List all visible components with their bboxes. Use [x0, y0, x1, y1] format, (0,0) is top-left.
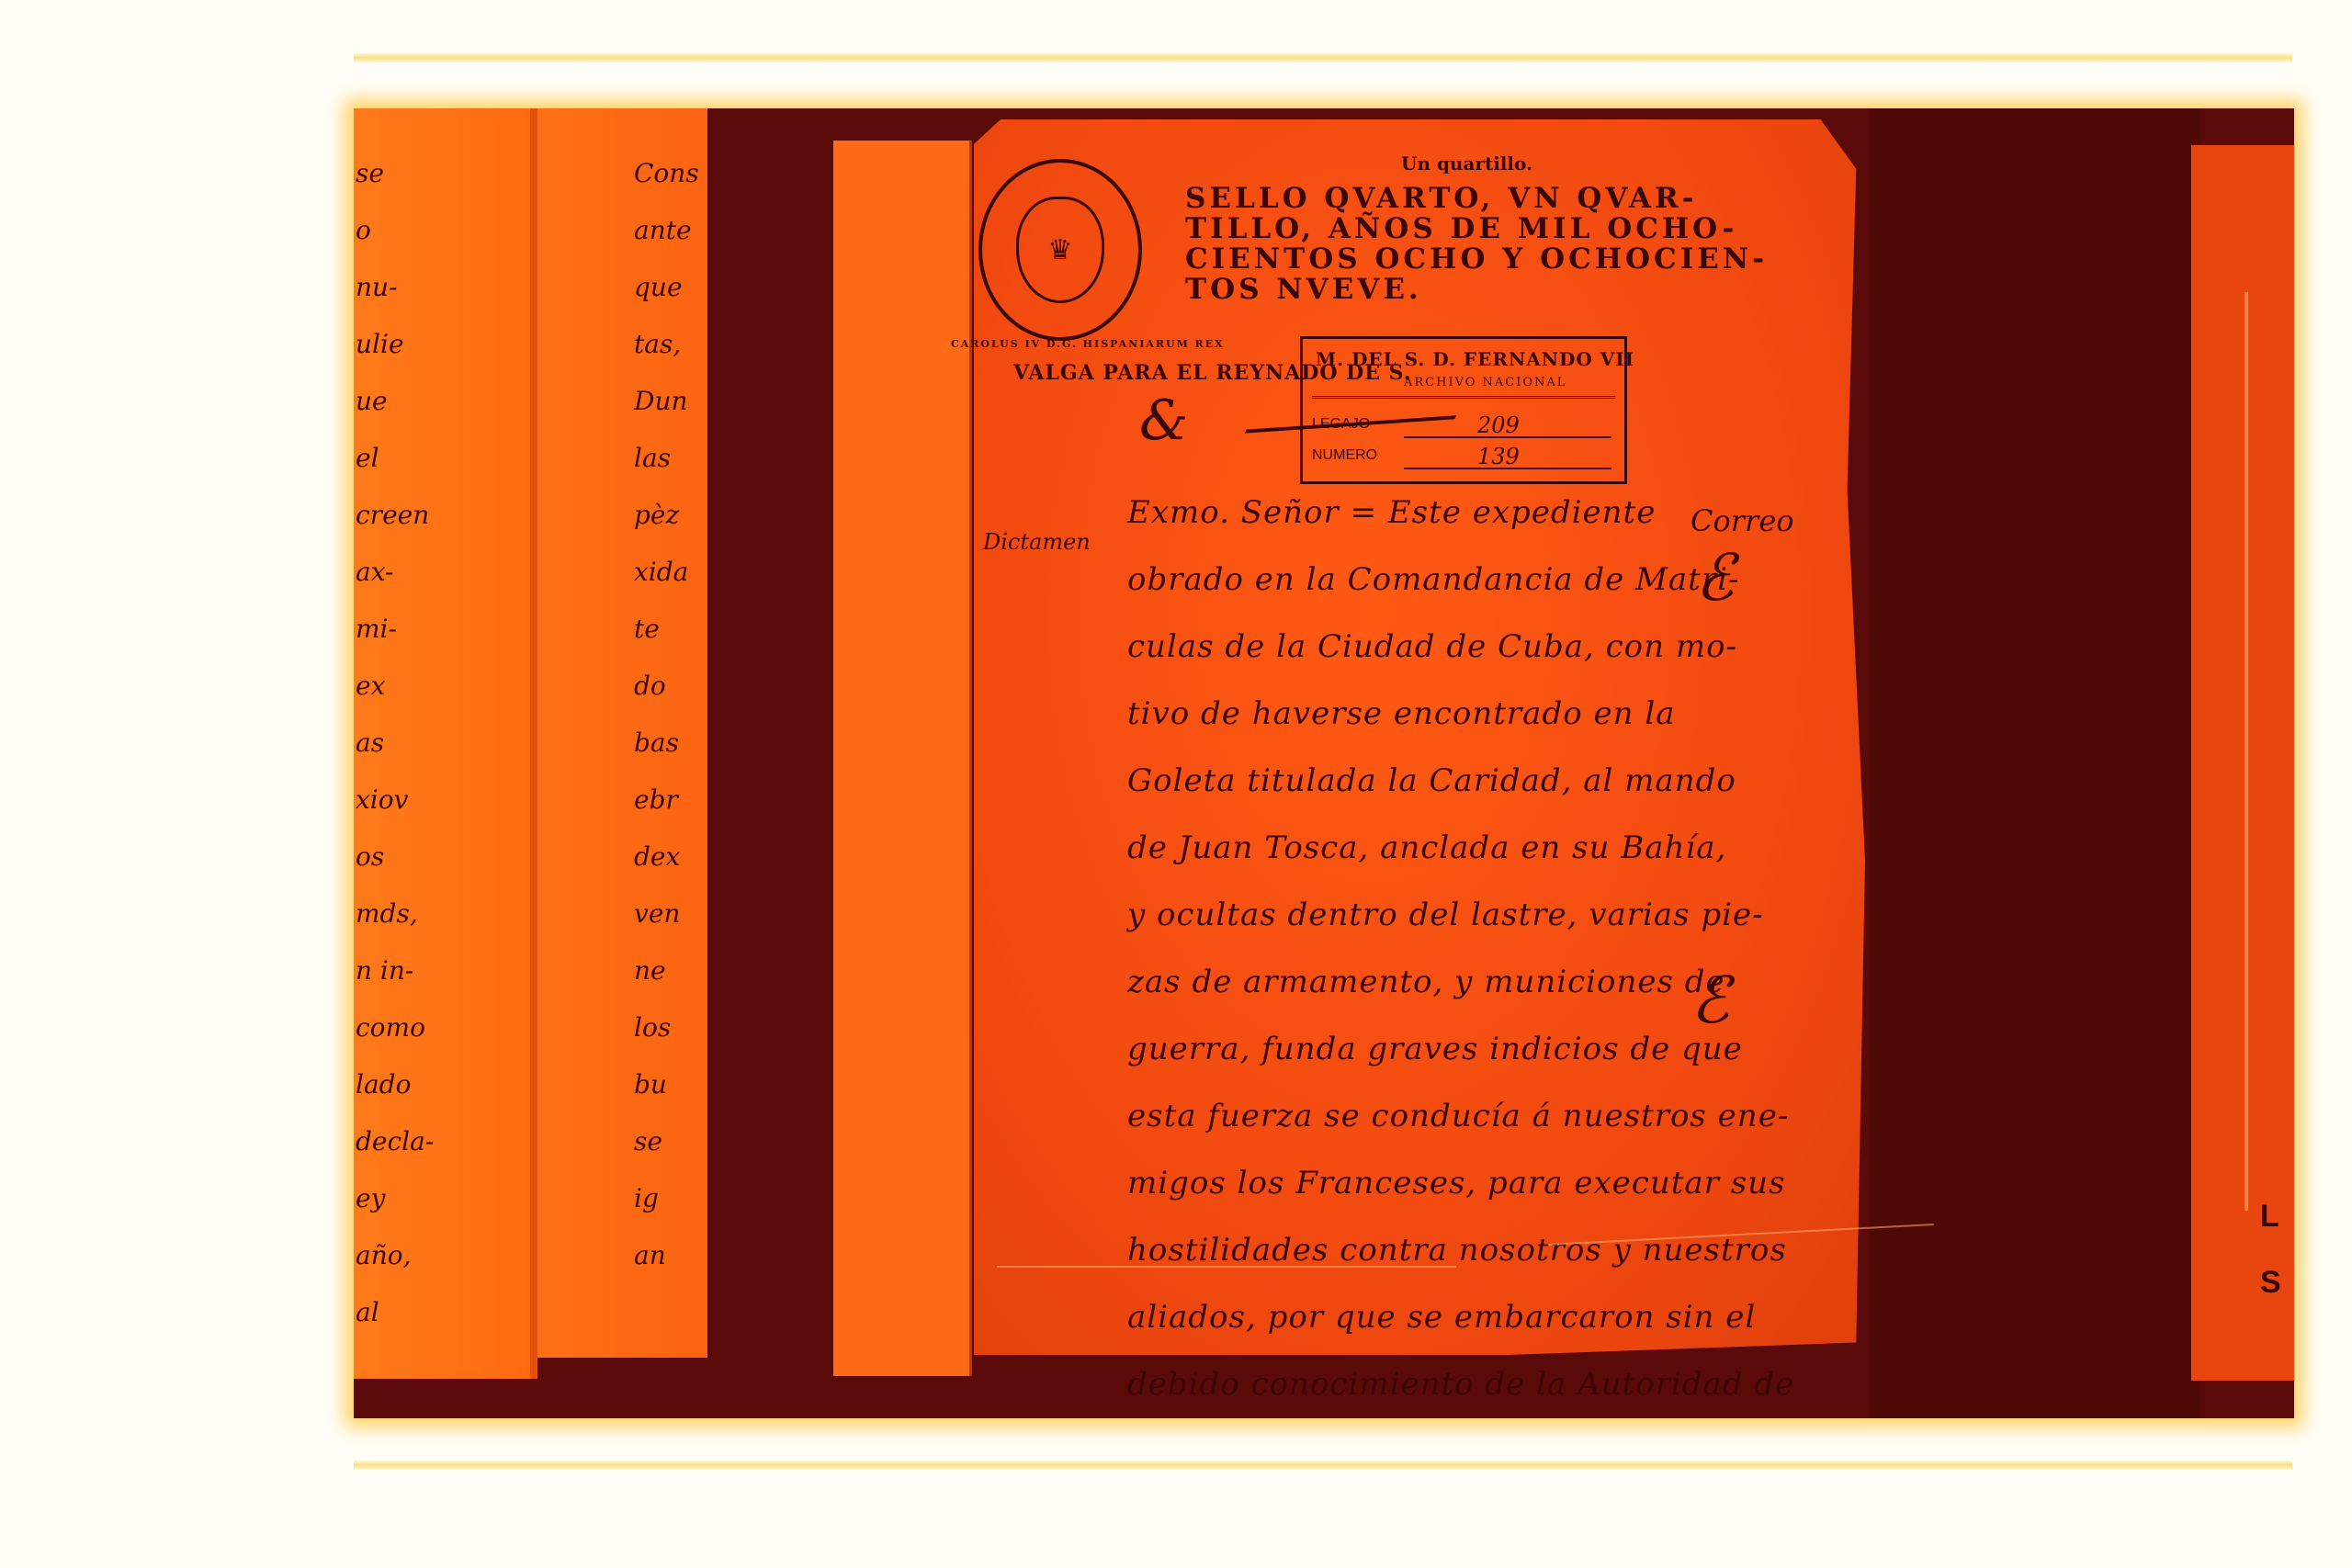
manuscript-body: Exmo. Señor = Este expediente obrado en …	[1022, 494, 1830, 1433]
body-line: aliados, por que se embarcaron sin el	[1127, 1299, 1830, 1366]
body-line: migos los Franceses, para executar sus	[1127, 1165, 1830, 1232]
numero-value: 139	[1477, 444, 1520, 469]
body-line: tivo de haverse encontrado en la	[1127, 695, 1830, 762]
denomination-label: Un quartillo.	[1401, 152, 1532, 175]
royal-seal-stamp: ♛	[978, 159, 1142, 341]
body-line: de Juan Tosca, anclada en su Bahía,	[1127, 829, 1830, 897]
right-page-crease	[2245, 292, 2248, 1211]
stamp-paper-header: SELLO QVARTO, VN QVAR- TILLO, AÑOS DE MI…	[1185, 184, 1768, 305]
seal-legend: CAROLUS IV D.G. HISPANIARUM REX	[951, 338, 1225, 350]
rubric-flourish: &	[1139, 389, 1188, 453]
body-line: guerra, funda graves indicios de que	[1127, 1031, 1830, 1098]
film-scratch	[997, 1266, 1456, 1268]
film-frame-bottom-line	[354, 1461, 2292, 1470]
paper-tab-strip	[833, 141, 972, 1376]
film-frame-top-line	[354, 53, 2292, 62]
archive-stamp-title: M. DEL S. D. FERNANDO VII	[1316, 348, 1634, 370]
body-line: esta fuerza se conducía á nuestros ene-	[1127, 1098, 1830, 1165]
dark-background-right	[1870, 108, 2200, 1418]
numero-label: NUMERO	[1312, 447, 1404, 464]
legajo-value: 209	[1477, 412, 1520, 438]
facing-page-strip: Cons ante que tas, Dun las pèz xida te d…	[537, 108, 707, 1358]
archive-institution: ARCHIVO NACIONAL	[1404, 376, 1566, 389]
right-edge-letters: L S	[2260, 1183, 2281, 1315]
far-left-page-strip: se o nu- ulie ue el creen ax- mi- ex as …	[354, 108, 533, 1379]
body-line: Goleta titulada la Caridad, al mando	[1127, 762, 1830, 829]
body-line: debido conocimiento de la Autoridad de	[1127, 1366, 1830, 1433]
body-line: y ocultas dentro del lastre, varias pie-	[1127, 897, 1830, 964]
numero-field: NUMERO 139	[1312, 447, 1611, 471]
body-line: zas de armamento, y municiones de	[1127, 964, 1830, 1031]
facing-page-fragments: Cons ante que tas, Dun las pèz xida te d…	[634, 145, 699, 1284]
body-line: obrado en la Comandancia de Matri-	[1127, 561, 1830, 628]
coat-of-arms-icon: ♛	[1016, 197, 1104, 303]
body-line: Exmo. Señor = Este expediente	[1127, 494, 1830, 561]
far-left-fragments: se o nu- ulie ue el creen ax- mi- ex as …	[356, 145, 434, 1341]
body-line: culas de la Ciudad de Cuba, con mo-	[1127, 628, 1830, 695]
page-fold-crease	[530, 108, 537, 1379]
film-photograph: se o nu- ulie ue el creen ax- mi- ex as …	[354, 108, 2294, 1418]
dark-gutter	[710, 108, 830, 1418]
